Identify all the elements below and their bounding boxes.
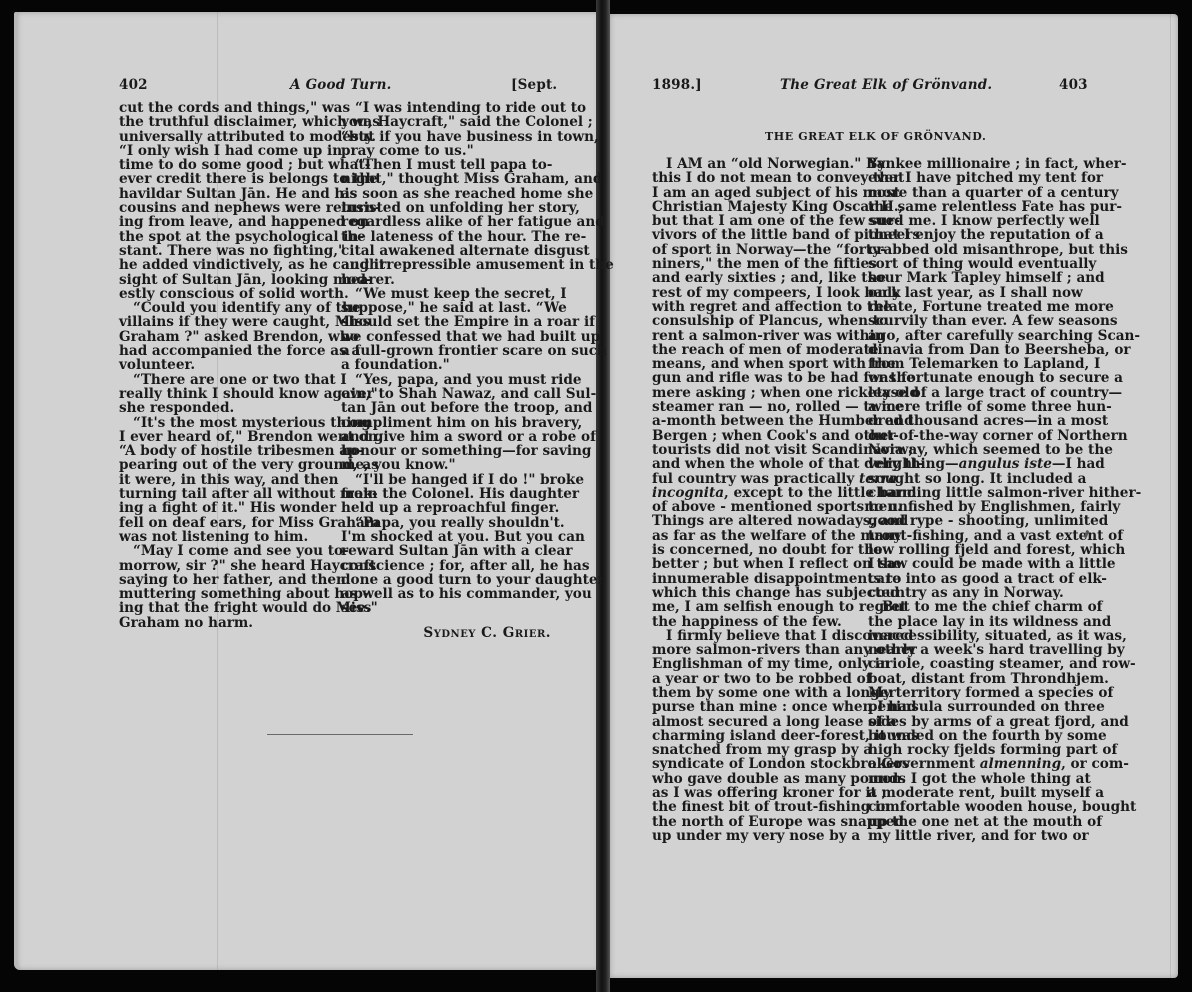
text-line: the reach of men of moderate <box>652 343 858 357</box>
text-line: the lateness of the hour. The re- <box>341 230 551 244</box>
text-line: a-month between the Humber and <box>652 414 858 428</box>
text-line: but that I am one of the few sur- <box>652 214 858 228</box>
text-line: dinavia from Dan to Beersheba, or <box>868 343 1076 357</box>
text-line: up the one net at the mouth of <box>868 815 1076 829</box>
text-line: good rype - shooting, unlimited <box>868 514 1076 528</box>
text-line: my little river, and for two or <box>868 829 1076 843</box>
text-line: I'm shocked at you. But you can <box>341 530 551 544</box>
text-line: innumerable disappointments to <box>652 572 858 586</box>
text-line: only last year, as I shall now <box>868 286 1076 300</box>
text-line: who gave double as many pounds <box>652 772 858 786</box>
text-line: more than a quarter of a century <box>868 186 1076 200</box>
text-line: volunteer. <box>119 358 330 372</box>
text-line: he added vindictively, as he caught <box>119 258 330 272</box>
text-line: “Papa, you really shouldn't. <box>341 516 551 530</box>
text-line: we confessed that we had built up <box>341 330 551 344</box>
text-line: suppose," he said at last. “We <box>341 301 551 315</box>
text-line: cousins and nephews were return- <box>119 201 330 215</box>
text-line: sort of thing would eventually <box>868 257 1076 271</box>
text-line: it were, in this way, and then <box>119 473 330 487</box>
text-line: which this change has subjected <box>652 586 858 600</box>
text-line: a foundation." <box>341 358 551 372</box>
right-running-title: The Great Elk of Grönvand. <box>780 77 992 93</box>
text-line: bounded on the fourth by some <box>868 729 1076 743</box>
text-line: pearing out of the very ground, as <box>119 458 330 472</box>
text-line: them by some one with a longer <box>652 686 858 700</box>
text-line: morrow, sir ?" she heard Haycraft <box>119 559 330 573</box>
text-line: Yankee millionaire ; in fact, wher- <box>868 157 1076 171</box>
text-line: the truthful disclaimer, which was <box>119 115 330 129</box>
text-line: the happiness of the few. <box>652 615 858 629</box>
text-line: “Yes, papa, and you must ride <box>341 373 551 387</box>
text-line: I saw could be made with a little <box>868 557 1076 571</box>
text-line: “May I come and see you to- <box>119 544 330 558</box>
text-line: dred thousand acres—in a most <box>868 414 1076 428</box>
text-line: “Could you identify any of the <box>119 301 330 315</box>
text-line: comfortable wooden house, bought <box>868 800 1076 814</box>
text-line: time to do some good ; but what- <box>119 158 330 172</box>
left-running-title: A Good Turn. <box>290 77 392 93</box>
text-line: me, you know." <box>341 458 551 472</box>
text-line: the same relentless Fate has pur- <box>868 200 1076 214</box>
text-line: a moderate rent, built myself a <box>868 786 1076 800</box>
text-line: scurvily than ever. A few seasons <box>868 314 1076 328</box>
text-line: estly conscious of solid worth. <box>119 287 330 301</box>
text-line: a Government almenning, or com- <box>868 757 1076 771</box>
text-line: over to Shah Nawaz, and call Sul- <box>341 387 551 401</box>
text-line: and when the whole of that delight- <box>652 457 858 471</box>
text-line: out-of-the-way corner of Northern <box>868 429 1076 443</box>
text-line: regardless alike of her fatigue and <box>341 215 551 229</box>
text-line: see." <box>341 601 551 615</box>
text-line: hearer. <box>341 273 551 287</box>
left-running-month: [Sept. <box>511 77 557 93</box>
text-line: to unfished by Englishmen, fairly <box>868 500 1076 514</box>
text-line: really think I should know again," <box>119 387 330 401</box>
text-line: Christian Majesty King Oscar II., <box>652 200 858 214</box>
left-column-1: cut the cords and things," wasthe truthf… <box>119 101 330 630</box>
article-end-rule <box>267 734 413 735</box>
text-line: But to me the chief charm of <box>868 600 1076 614</box>
text-line: ago, after carefully searching Scan- <box>868 329 1076 343</box>
text-line: “I'll be hanged if I do !" broke <box>341 473 551 487</box>
text-line: “I only wish I had come up in <box>119 144 330 158</box>
text-line: “I was intending to ride out to <box>341 101 551 115</box>
text-line: of above - mentioned sportsmen. <box>652 500 858 514</box>
text-line: the place lay in its wildness and <box>868 615 1076 629</box>
text-line: snatched from my grasp by a <box>652 743 858 757</box>
text-line: night," thought Miss Graham, and <box>341 172 551 186</box>
text-line: and give him a sword or a robe of <box>341 430 551 444</box>
text-line: relate, Fortune treated me more <box>868 300 1076 314</box>
left-page-number: 402 <box>119 77 148 93</box>
text-line: sides by arms of a great fjord, and <box>868 715 1076 729</box>
text-line: reward Sultan Jān with a clear <box>341 544 551 558</box>
text-line: cital awakened alternate disgust <box>341 244 551 258</box>
text-line: mon. I got the whole thing at <box>868 772 1076 786</box>
text-line: charming little salmon-river hither- <box>868 486 1076 500</box>
text-line: ever I have pitched my tent for <box>868 171 1076 185</box>
text-line: I firmly believe that I discovered <box>652 629 858 643</box>
right-column-2: Yankee millionaire ; in fact, wher-ever … <box>868 157 1076 843</box>
text-line: incognita, except to the little band <box>652 486 858 500</box>
text-line: “We must keep the secret, I <box>341 287 551 301</box>
scan-fold-line <box>1170 14 1171 978</box>
text-line: sight of Sultan Jān, looking mod- <box>119 273 330 287</box>
text-line: universally attributed to modesty. <box>119 130 330 144</box>
text-line: country as any in Norway. <box>868 586 1076 600</box>
text-line: means, and when sport with the <box>652 357 858 371</box>
right-column-1: I AM an “old Norwegian." Bythis I do not… <box>652 157 858 843</box>
text-line: was fortunate enough to secure a <box>868 371 1076 385</box>
text-line: almost secured a long lease of a <box>652 715 858 729</box>
text-line: the spot at the psychological in- <box>119 230 330 244</box>
text-line: from Telemarken to Lapland, I <box>868 357 1076 371</box>
text-line: “There are one or two that I <box>119 373 330 387</box>
text-line: as well as to his commander, you <box>341 587 551 601</box>
text-line: she responded. <box>119 401 330 415</box>
text-line: as soon as she reached home she <box>341 187 551 201</box>
text-line: Norway, which seemed to be the <box>868 443 1076 457</box>
text-line: peninsula surrounded on three <box>868 700 1076 714</box>
text-line: held up a reproachful finger. <box>341 501 551 515</box>
text-line: care into as good a tract of elk- <box>868 572 1076 586</box>
left-column-2: “I was intending to ride out toyou, Hayc… <box>341 101 551 616</box>
text-line: Graham ?" asked Brendon, who <box>119 330 330 344</box>
text-line: Graham no harm. <box>119 616 330 630</box>
text-line: as far as the welfare of the many <box>652 529 858 543</box>
text-line: of sport in Norway—the “forty- <box>652 243 858 257</box>
text-line: syndicate of London stockbrokers <box>652 757 858 771</box>
text-line: boat, distant from Throndhjem. <box>868 672 1076 686</box>
text-line: sour Mark Tapley himself ; and <box>868 271 1076 285</box>
text-line: “but if you have business in town, <box>341 130 551 144</box>
text-line: and irrepressible amusement in the <box>341 258 551 272</box>
text-line: inaccessibility, situated, as it was, <box>868 629 1076 643</box>
text-line: charming island deer-forest, it was <box>652 729 858 743</box>
text-line: saying to her father, and then <box>119 573 330 587</box>
text-line: trout-fishing, and a vast extent of <box>868 529 1076 543</box>
text-line: “Then I must tell papa to- <box>341 158 551 172</box>
text-line: steamer ran — no, rolled — twice <box>652 400 858 414</box>
text-line: conscience ; for, after all, he has <box>341 559 551 573</box>
text-line: villains if they were caught, Miss <box>119 315 330 329</box>
right-running-year: 1898.] <box>652 77 702 93</box>
text-line: had accompanied the force as a <box>119 344 330 358</box>
text-line: lease of a large tract of country— <box>868 386 1076 400</box>
text-line: sought so long. It included a <box>868 472 1076 486</box>
text-line: gun and rifle was to be had for the <box>652 371 858 385</box>
text-line: purse than mine : once when I had <box>652 700 858 714</box>
text-line: I ever heard of," Brendon went on. <box>119 430 330 444</box>
text-line: My territory formed a species of <box>868 686 1076 700</box>
text-line: better ; but when I reflect on the <box>652 557 858 571</box>
text-line: rent a salmon-river was within <box>652 329 858 343</box>
text-line: and early sixties ; and, like the <box>652 271 858 285</box>
text-line: the north of Europe was snapped <box>652 815 858 829</box>
text-line: Englishman of my time, only in <box>652 657 858 671</box>
text-line: tan Jān out before the troop, and <box>341 401 551 415</box>
text-line: mere asking ; when one rickety old <box>652 386 858 400</box>
text-line: a full-grown frontier scare on such <box>341 344 551 358</box>
text-line: very thing—angulus iste—I had <box>868 457 1076 471</box>
article-title: THE GREAT ELK OF GRÖNVAND. <box>765 130 986 143</box>
author-signature: Sydney C. Grier. <box>341 626 551 640</box>
text-line: with regret and affection to the <box>652 300 858 314</box>
text-line: compliment him on his bravery, <box>341 416 551 430</box>
text-line: the finest bit of trout-fishing in <box>652 800 858 814</box>
text-line: nearly a week's hard travelling by <box>868 643 1076 657</box>
text-line: “It's the most mysterious thing <box>119 416 330 430</box>
text-line: consulship of Plancus, when to <box>652 314 858 328</box>
text-line: havildar Sultan Jān. He and his <box>119 187 330 201</box>
text-line: a year or two to be robbed of <box>652 672 858 686</box>
text-line: high rocky fjelds forming part of <box>868 743 1076 757</box>
text-line: cariole, coasting steamer, and row- <box>868 657 1076 671</box>
text-line: crabbed old misanthrope, but this <box>868 243 1076 257</box>
text-line: I AM an “old Norwegian." By <box>652 157 858 171</box>
text-line: ing that the fright would do Miss <box>119 601 330 615</box>
text-line: ever credit there is belongs to the <box>119 172 330 186</box>
text-line: stant. There was no fighting," <box>119 244 330 258</box>
text-line: turning tail after all without mak- <box>119 487 330 501</box>
text-line: was not listening to him. <box>119 530 330 544</box>
text-line: fell on deaf ears, for Miss Graham <box>119 516 330 530</box>
text-line: more salmon-rivers than any other <box>652 643 858 657</box>
text-line: should set the Empire in a roar if <box>341 315 551 329</box>
text-line: honour or something—for saving <box>341 444 551 458</box>
text-line: insisted on unfolding her story, <box>341 201 551 215</box>
text-line: rest of my compeers, I look back <box>652 286 858 300</box>
text-line: niners," the men of the fifties <box>652 257 858 271</box>
text-line: low rolling fjeld and forest, which <box>868 543 1076 557</box>
text-line: me, I am selfish enough to regret <box>652 600 858 614</box>
right-page-number: 403 <box>1059 77 1088 93</box>
text-line: this I do not mean to convey that <box>652 171 858 185</box>
text-line: up under my very nose by a <box>652 829 858 843</box>
text-line: as I was offering kroner for it ; <box>652 786 858 800</box>
text-line: muttering something about hop- <box>119 587 330 601</box>
text-line: you, Haycraft," said the Colonel ; <box>341 115 551 129</box>
text-line: pray come to us." <box>341 144 551 158</box>
text-line: Things are altered nowadays, and <box>652 514 858 528</box>
text-line: that I enjoy the reputation of a <box>868 228 1076 242</box>
text-line: I am an aged subject of his most <box>652 186 858 200</box>
text-line: tourists did not visit Scandinavia ; <box>652 443 858 457</box>
book-gutter <box>596 0 610 992</box>
text-line: from the Colonel. His daughter <box>341 487 551 501</box>
text-line: sued me. I know perfectly well <box>868 214 1076 228</box>
text-line: is concerned, no doubt for the <box>652 543 858 557</box>
text-line: cut the cords and things," was <box>119 101 330 115</box>
text-line: Bergen ; when Cook's and other <box>652 429 858 443</box>
text-line: a mere trifle of some three hun- <box>868 400 1076 414</box>
text-line: done a good turn to your daughter <box>341 573 551 587</box>
text-line: vivors of the little band of pioneers <box>652 228 858 242</box>
text-line: ing from leave, and happened on <box>119 215 330 229</box>
text-line: “A body of hostile tribesmen ap- <box>119 444 330 458</box>
text-line: ful country was practically terra <box>652 472 858 486</box>
text-line: ing a fight of it." His wonder <box>119 501 330 515</box>
